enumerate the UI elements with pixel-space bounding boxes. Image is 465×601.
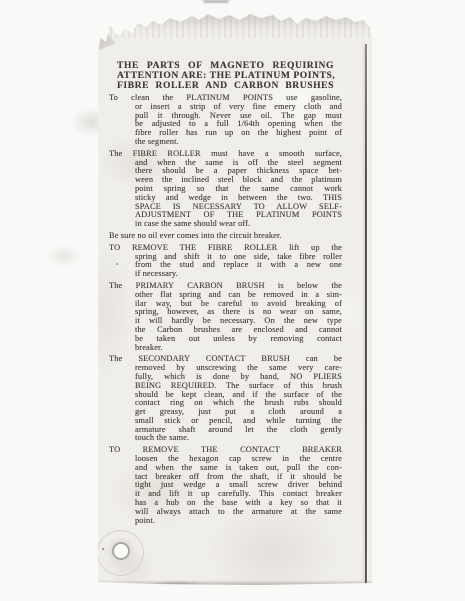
punch-hole — [112, 542, 130, 560]
text-line: point. — [135, 517, 342, 526]
page-heading: THE PARTS OF MAGNETO REQUIRINGATTENTION … — [117, 61, 334, 91]
text-line: will always attach to the armature at th… — [135, 508, 342, 517]
text-line: in case the same should wear off. — [135, 220, 342, 229]
scan-background: THE PARTS OF MAGNETO REQUIRINGATTENTION … — [0, 0, 465, 601]
text-line: the segment. — [135, 138, 342, 147]
bottom-edge-smudge — [138, 579, 218, 585]
page-right-edge-crease — [365, 44, 367, 585]
text-line: be taken out unless by removing contact — [135, 335, 342, 344]
paragraph-secondary-contact-brush: The SECONDARY CONTACT BRUSH can beremove… — [109, 355, 342, 443]
paragraph-remove-contact-breaker: TO REMOVE THE CONTACT BREAKERloosen the … — [109, 446, 342, 525]
manual-page: THE PARTS OF MAGNETO REQUIRINGATTENTION … — [98, 12, 372, 585]
ink-speck — [116, 263, 118, 265]
scan-artifact-smudge — [203, 0, 229, 3]
paragraph-clean-platinum-points: To clean the PLATINUM POINTS use gasolin… — [109, 94, 342, 147]
paragraph-fibre-roller: The FIBRE ROLLER must have a smooth surf… — [109, 150, 342, 229]
text-line: FIBRE ROLLER AND CARBON BRUSHES — [117, 81, 334, 91]
text-line: breaker. — [135, 344, 342, 353]
ink-speck — [102, 548, 104, 550]
page-content: THE PARTS OF MAGNETO REQUIRINGATTENTION … — [98, 12, 342, 528]
paragraph-primary-carbon-brush: The PRIMARY CARBON BRUSH is below theoth… — [109, 282, 342, 352]
note-no-oil: Be sure no oil ever comes into the circu… — [109, 232, 342, 241]
text-line: touch the same. — [135, 434, 342, 443]
text-line: Be sure no oil ever comes into the circu… — [109, 232, 342, 241]
text-line: if necessary. — [135, 270, 342, 279]
paragraph-remove-fibre-roller: TO REMOVE THE FIBRE ROLLER lift up thesp… — [109, 244, 342, 279]
